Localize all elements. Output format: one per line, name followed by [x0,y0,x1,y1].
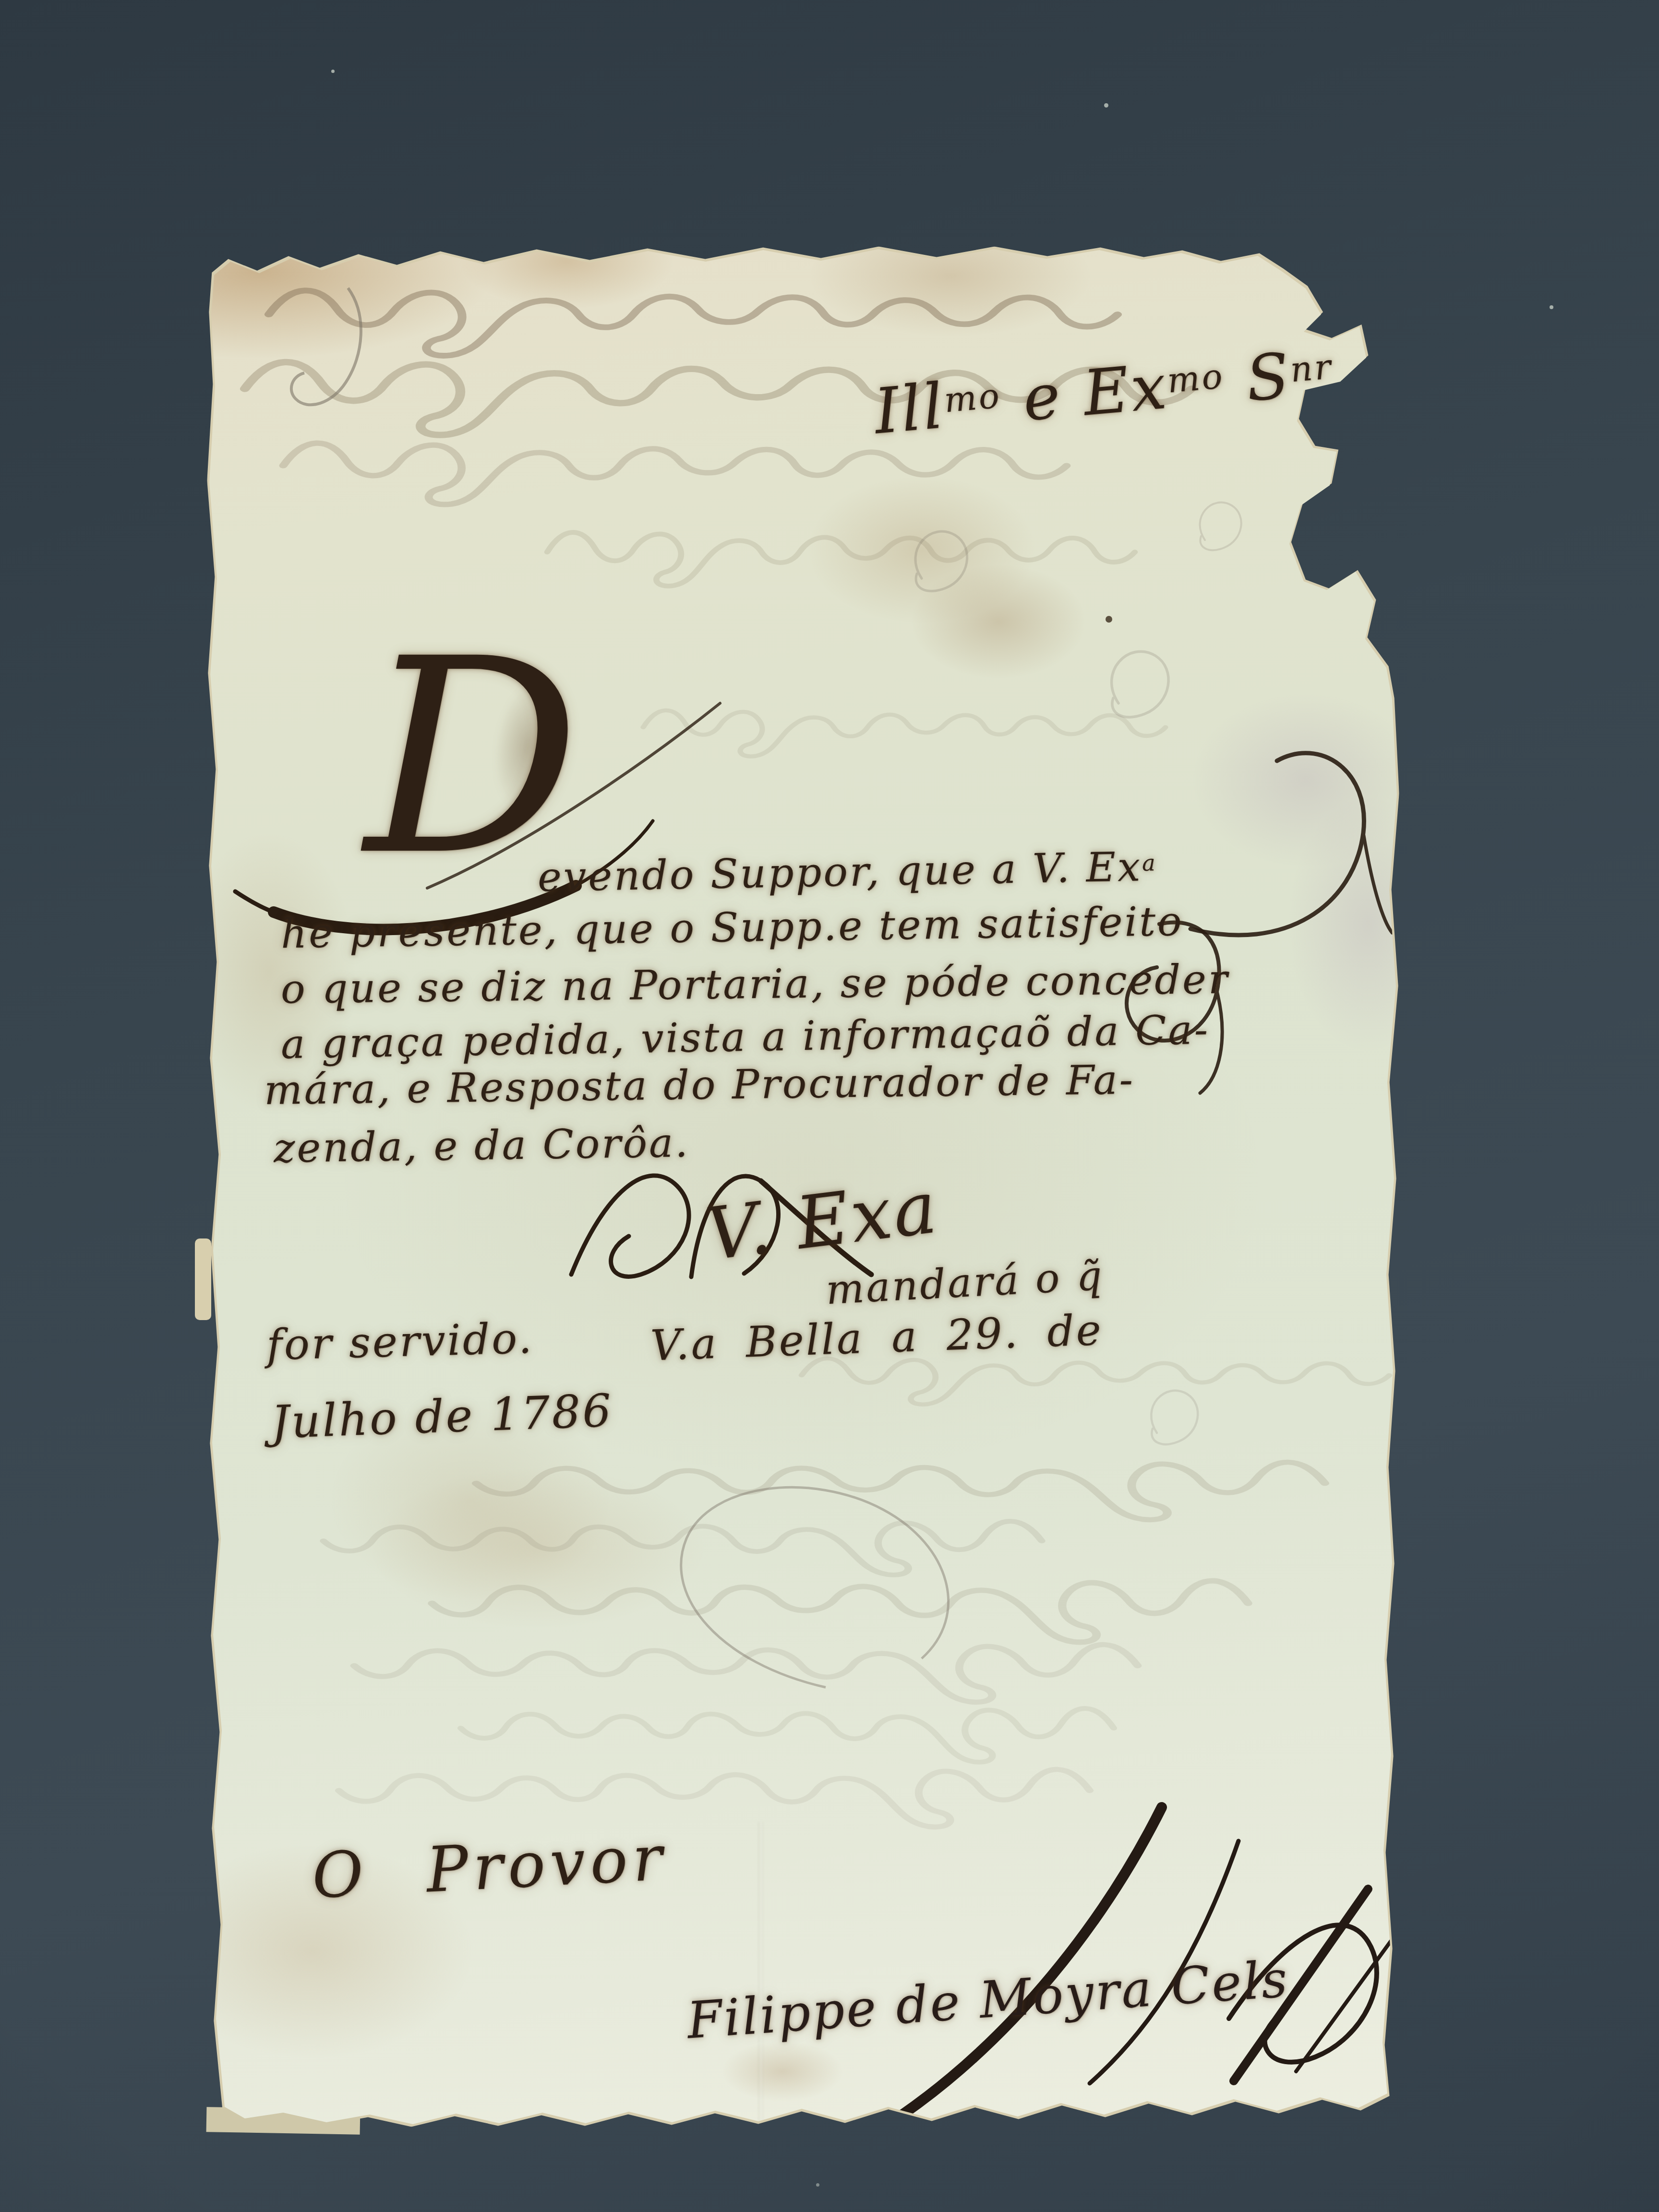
closing-line: for servido. [266,1313,534,1370]
dust-speck [1550,305,1553,309]
drop-cap-initial: D [365,650,580,866]
dust-speck [1104,103,1108,108]
salutation-superscript: mo [1166,356,1226,401]
photo-stage: Illmo e Exmo Snr D evendo Suppor, que a … [0,0,1659,2212]
body-line: o que se diz na Portaria, se póde conced… [281,956,1230,1013]
underlying-sheet-tab [195,1238,211,1320]
bleedthrough-writing [324,1462,1325,1827]
dust-speck [331,70,335,73]
salutation-text: S [1221,339,1294,417]
body-line-superscript: a [1142,850,1157,876]
flourish-ex-line1 [1190,753,1392,935]
ink-spot [1106,616,1112,623]
dust-speck [816,2183,819,2187]
salutation-text: e Ex [998,350,1171,437]
salutation-superscript: mo [942,375,1003,420]
body-line: zenda, e da Corôa. [273,1119,690,1172]
salutation-text: Ill [871,369,948,448]
manuscript-page: Illmo e Exmo Snr D evendo Suppor, que a … [202,242,1402,2129]
salutation-superscript: nr [1288,347,1334,390]
